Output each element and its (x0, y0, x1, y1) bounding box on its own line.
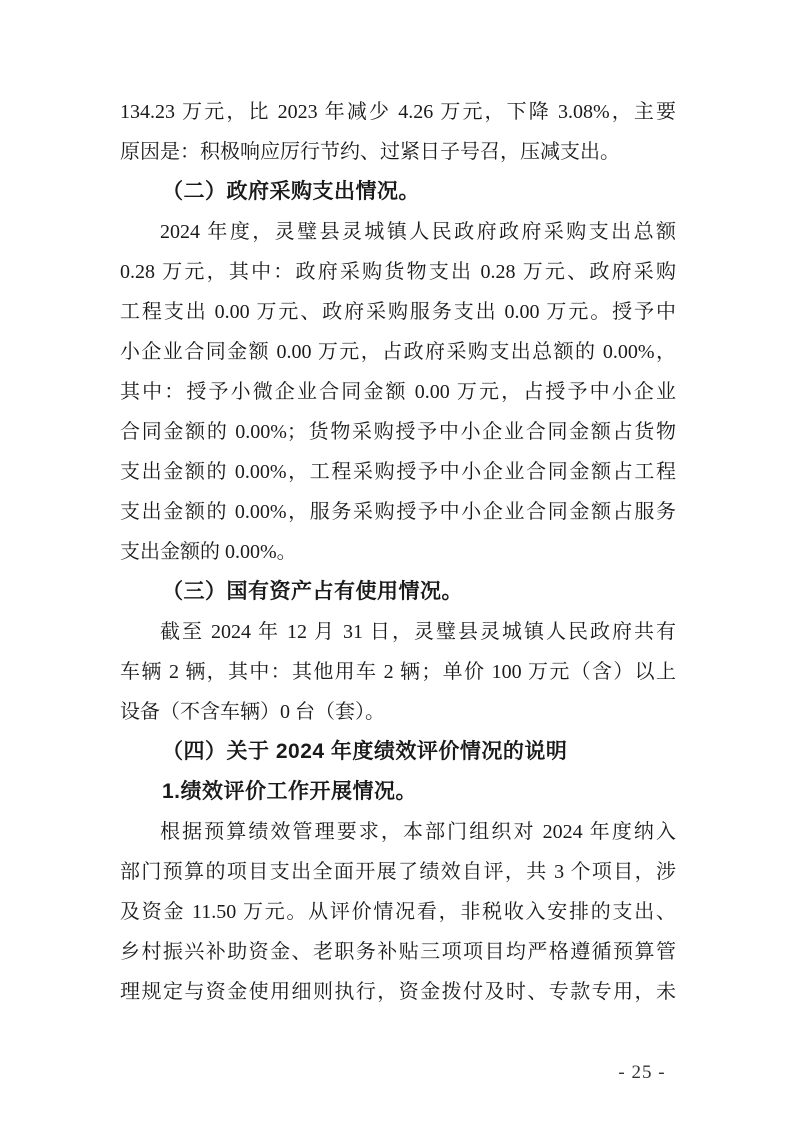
body-text-line: 车辆 2 辆，其中：其他用车 2 辆；单价 100 万元（含）以上 (120, 652, 676, 692)
section-heading-line: 1.绩效评价工作开展情况。 (120, 772, 676, 812)
body-text-line: 工程支出 0.00 万元、政府采购服务支出 0.00 万元。授予中 (120, 292, 676, 332)
body-text-line: 支出金额的 0.00%。 (120, 532, 676, 572)
body-text-line: 支出金额的 0.00%，服务采购授予中小企业合同金额占服务 (120, 492, 676, 532)
document-page: 134.23 万元，比 2023 年减少 4.26 万元，下降 3.08%，主要… (0, 0, 793, 1122)
body-text-line: 设备（不含车辆）0 台（套）。 (120, 692, 676, 732)
body-text-line: 0.28 万元，其中：政府采购货物支出 0.28 万元、政府采购 (120, 252, 676, 292)
body-text-line: 截至 2024 年 12 月 31 日，灵璧县灵城镇人民政府共有 (120, 612, 676, 652)
footer-page-number: - 25 - (592, 1059, 692, 1087)
body-text-line: 支出金额的 0.00%，工程采购授予中小企业合同金额占工程 (120, 452, 676, 492)
section-heading-line: （三）国有资产占有使用情况。 (120, 572, 676, 612)
body-text-line: 2024 年度，灵璧县灵城镇人民政府政府采购支出总额 (120, 212, 676, 252)
body-text-line: 根据预算绩效管理要求，本部门组织对 2024 年度纳入 (120, 812, 676, 852)
body-text-line: 原因是：积极响应厉行节约、过紧日子号召，压减支出。 (120, 132, 676, 172)
document-body: 134.23 万元，比 2023 年减少 4.26 万元，下降 3.08%，主要… (120, 92, 676, 1012)
body-text-line: 理规定与资金使用细则执行，资金拨付及时、专款专用，未 (120, 972, 676, 1012)
body-text-line: 小企业合同金额 0.00 万元，占政府采购支出总额的 0.00%， (120, 332, 676, 372)
body-text-line: 乡村振兴补助资金、老职务补贴三项项目均严格遵循预算管 (120, 932, 676, 972)
body-text-line: 合同金额的 0.00%；货物采购授予中小企业合同金额占货物 (120, 412, 676, 452)
body-text-line: 及资金 11.50 万元。从评价情况看，非税收入安排的支出、 (120, 892, 676, 932)
body-text-line: 部门预算的项目支出全面开展了绩效自评，共 3 个项目，涉 (120, 852, 676, 892)
section-heading-line: （四）关于 2024 年度绩效评价情况的说明 (120, 732, 676, 772)
body-text-line: 134.23 万元，比 2023 年减少 4.26 万元，下降 3.08%，主要 (120, 92, 676, 132)
body-text-line: 其中：授予小微企业合同金额 0.00 万元，占授予中小企业 (120, 372, 676, 412)
section-heading-line: （二）政府采购支出情况。 (120, 172, 676, 212)
